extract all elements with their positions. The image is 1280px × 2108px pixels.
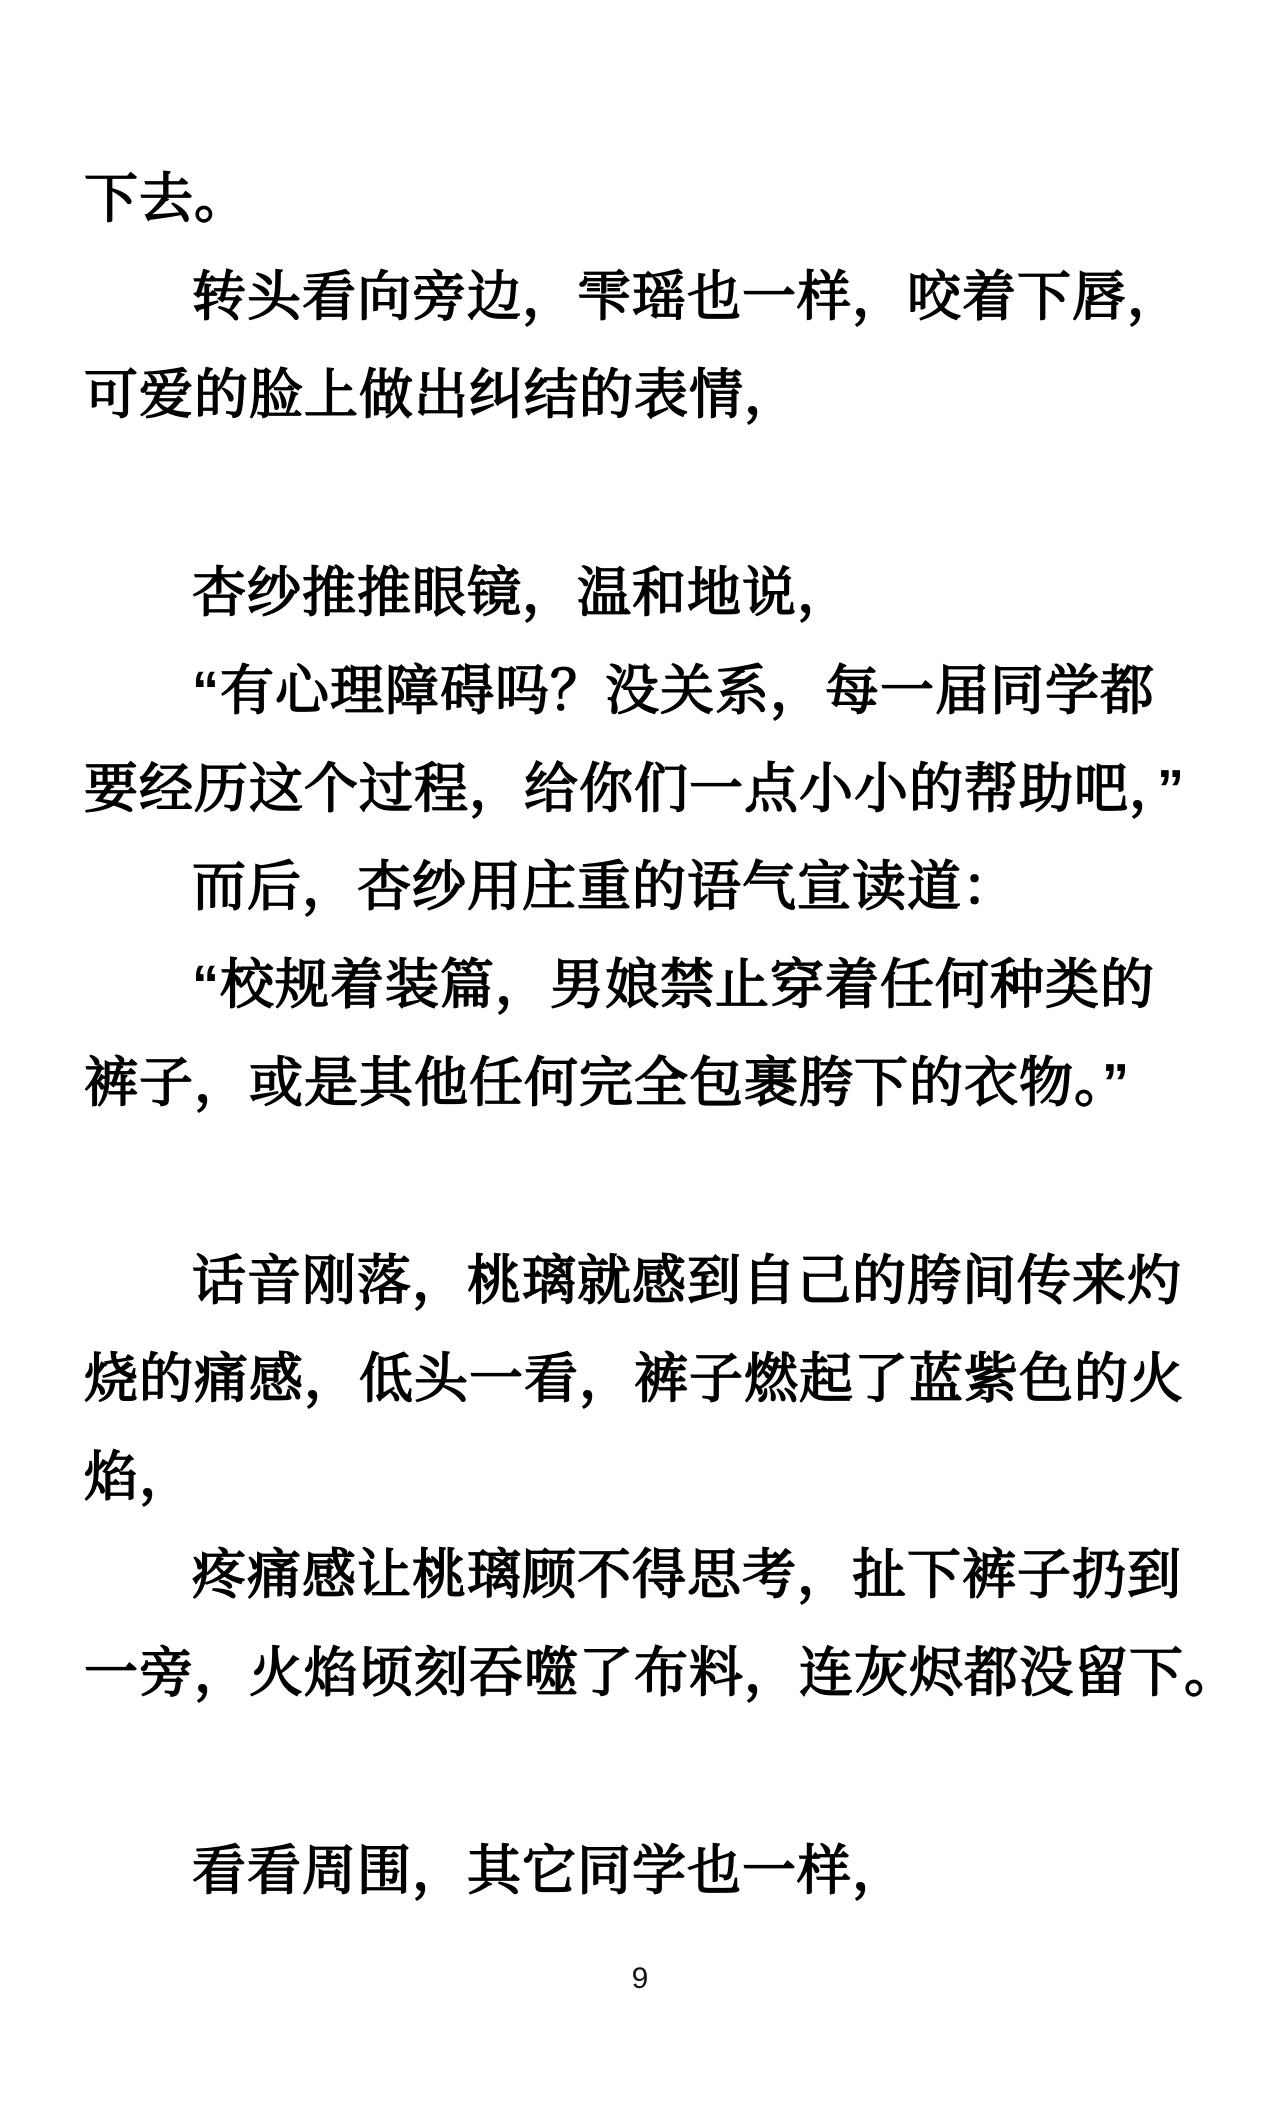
text-line: 转头看向旁边，雫瑶也一样，咬着下唇， [84, 248, 1244, 346]
text-line: 可爱的脸上做出纠结的表情， [84, 346, 1244, 444]
text-line: 下去。 [84, 150, 1244, 248]
text-line: 裤子，或是其他任何完全包裹胯下的衣物。” [84, 1034, 1244, 1132]
text-line: 焰， [84, 1428, 1244, 1526]
paragraph-group: 话音刚落，桃璃就感到自己的胯间传来灼烧的痛感，低头一看，裤子燃起了蓝紫色的火焰，… [84, 1232, 1244, 1722]
text-line: “校规着装篇，男娘禁止穿着任何种类的 [84, 936, 1244, 1034]
paragraph-gap [84, 1132, 1244, 1232]
text-line: 杏纱推推眼镜，温和地说， [84, 544, 1244, 642]
paragraph-gap [84, 444, 1244, 544]
text-line: 烧的痛感，低头一看，裤子燃起了蓝紫色的火 [84, 1330, 1244, 1428]
paragraph-group: 下去。转头看向旁边，雫瑶也一样，咬着下唇，可爱的脸上做出纠结的表情， [84, 150, 1244, 444]
paragraph-group: 杏纱推推眼镜，温和地说，“有心理障碍吗？没关系，每一届同学都要经历这个过程，给你… [84, 544, 1244, 1132]
page-text: 下去。转头看向旁边，雫瑶也一样，咬着下唇，可爱的脸上做出纠结的表情，杏纱推推眼镜… [84, 150, 1244, 1920]
paragraph-gap [84, 1722, 1244, 1822]
text-line: “有心理障碍吗？没关系，每一届同学都 [84, 642, 1244, 740]
paragraph-group: 看看周围，其它同学也一样， [84, 1822, 1244, 1920]
text-line: 而后，杏纱用庄重的语气宣读道： [84, 838, 1244, 936]
page-number: 9 [0, 1962, 1280, 1996]
text-line: 要经历这个过程，给你们一点小小的帮助吧，” [84, 740, 1244, 838]
ebook-page: 下去。转头看向旁边，雫瑶也一样，咬着下唇，可爱的脸上做出纠结的表情，杏纱推推眼镜… [0, 0, 1280, 2108]
text-line: 看看周围，其它同学也一样， [84, 1822, 1244, 1920]
text-line: 一旁，火焰顷刻吞噬了布料，连灰烬都没留下。 [84, 1624, 1244, 1722]
text-line: 疼痛感让桃璃顾不得思考，扯下裤子扔到 [84, 1526, 1244, 1624]
text-line: 话音刚落，桃璃就感到自己的胯间传来灼 [84, 1232, 1244, 1330]
